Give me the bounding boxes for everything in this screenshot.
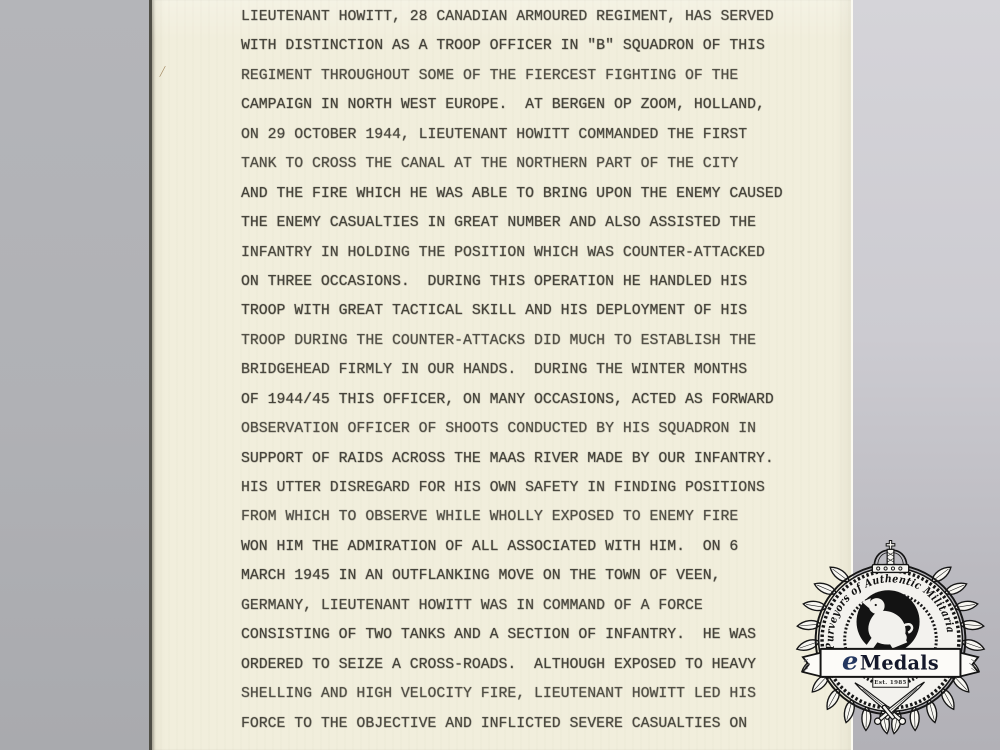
emedals-logo-graphic: Purveyors of Authentic Militaria <box>793 539 990 736</box>
document-line: ORDERED TO SEIZE A CROSS-ROADS. ALTHOUGH… <box>241 651 783 680</box>
brand-wordmark: eMedals <box>842 647 939 677</box>
photo-scene: LIEUTENANT HOWITT, 28 CANADIAN ARMOURED … <box>0 0 1000 750</box>
emedals-watermark: Purveyors of Authentic Militaria <box>793 539 990 736</box>
document-line: LIEUTENANT HOWITT, 28 CANADIAN ARMOURED … <box>241 3 783 32</box>
document-line: WON HIM THE ADMIRATION OF ALL ASSOCIATED… <box>241 533 783 562</box>
document-line: ON THREE OCCASIONS. DURING THIS OPERATIO… <box>241 268 783 297</box>
pen-tick-mark <box>153 66 166 77</box>
document-line: GERMANY, LIEUTENANT HOWITT WAS IN COMMAN… <box>241 592 783 621</box>
document-line: SHELLING AND HIGH VELOCITY FIRE, LIEUTEN… <box>241 680 783 709</box>
lion-roundel-icon <box>857 590 920 653</box>
document-line: ON 29 OCTOBER 1944, LIEUTENANT HOWITT CO… <box>241 121 783 150</box>
brand-banner: eMedals <box>803 647 978 677</box>
document-line: REGIMENT THROUGHOUT SOME OF THE FIERCEST… <box>241 62 783 91</box>
document-line: OBSERVATION OFFICER OF SHOOTS CONDUCTED … <box>241 415 783 444</box>
document-paper: LIEUTENANT HOWITT, 28 CANADIAN ARMOURED … <box>149 0 853 750</box>
document-line: TANK TO CROSS THE CANAL AT THE NORTHERN … <box>241 150 783 179</box>
backdrop-left <box>0 0 149 750</box>
document-line: AND THE FIRE WHICH HE WAS ABLE TO BRING … <box>241 180 783 209</box>
document-line: CONSISTING OF TWO TANKS AND A SECTION OF… <box>241 621 783 650</box>
crown-icon <box>872 540 908 572</box>
document-line: OF 1944/45 THIS OFFICER, ON MANY OCCASIO… <box>241 386 783 415</box>
document-line: INFANTRY IN HOLDING THE POSITION WHICH W… <box>241 239 783 268</box>
document-line: TROOP WITH GREAT TACTICAL SKILL AND HIS … <box>241 297 783 326</box>
document-line: FROM WHICH TO OBSERVE WHILE WHOLLY EXPOS… <box>241 503 783 532</box>
document-line: CAMPAIGN IN NORTH WEST EUROPE. AT BERGEN… <box>241 91 783 120</box>
document-line: BRIDGEHEAD FIRMLY IN OUR HANDS. DURING T… <box>241 356 783 385</box>
brand-rest-text: Medals <box>860 652 939 675</box>
document-line: WITH DISTINCTION AS A TROOP OFFICER IN "… <box>241 32 783 61</box>
document-line: HIS UTTER DISREGARD FOR HIS OWN SAFETY I… <box>241 474 783 503</box>
established-text: Est. 1985 <box>874 680 907 686</box>
document-line: SUPPORT OF RAIDS ACROSS THE MAAS RIVER M… <box>241 445 783 474</box>
document-line: THE ENEMY CASUALTIES IN GREAT NUMBER AND… <box>241 209 783 238</box>
document-line: TROOP DURING THE COUNTER-ATTACKS DID MUC… <box>241 327 783 356</box>
brand-e-text: e <box>842 647 858 677</box>
typed-text: LIEUTENANT HOWITT, 28 CANADIAN ARMOURED … <box>241 3 783 739</box>
document-line: MARCH 1945 IN AN OUTFLANKING MOVE ON THE… <box>241 562 783 591</box>
document-line: FORCE TO THE OBJECTIVE AND INFLICTED SEV… <box>241 710 783 739</box>
